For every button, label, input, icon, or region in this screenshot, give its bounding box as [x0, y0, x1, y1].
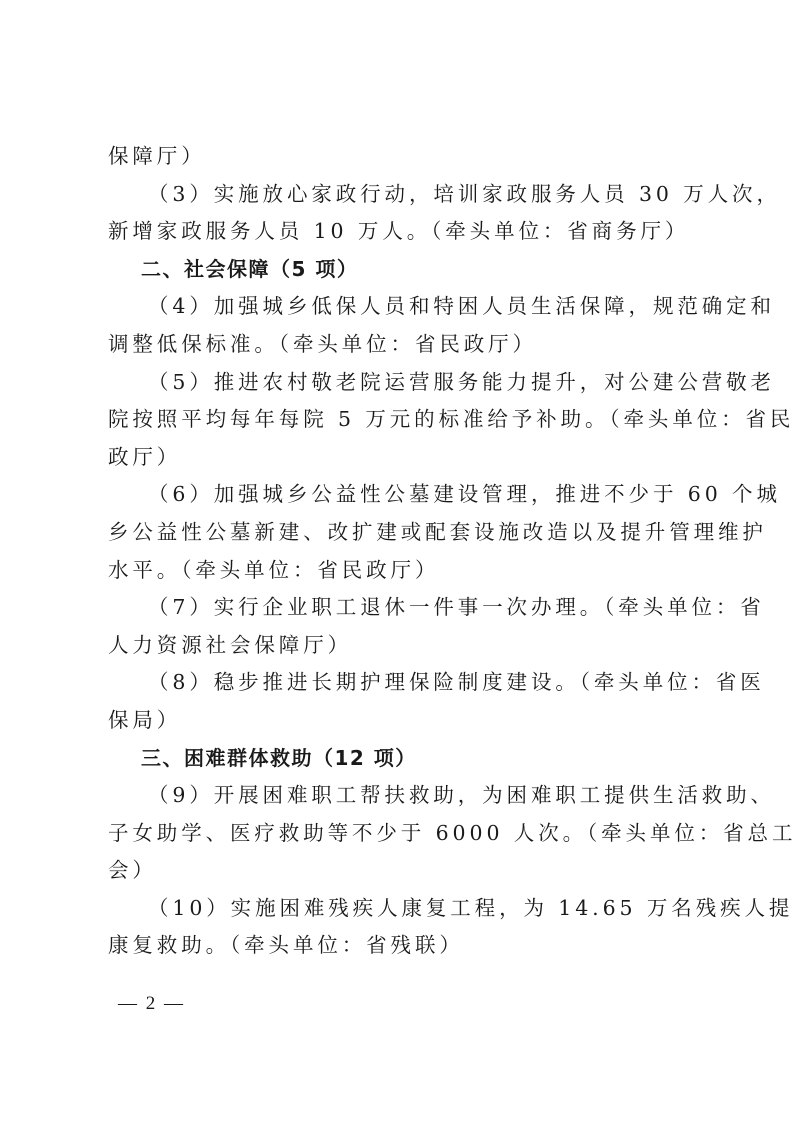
item-10-line-1: （10）实施困难残疾人康复工程，为 14.65 万名残疾人提供: [108, 890, 692, 928]
item-5-line-1: （5）推进农村敬老院运营服务能力提升，对公建公营敬老: [108, 364, 692, 402]
item-7-line-1: （7）实行企业职工退休一件事一次办理。（牵头单位：省: [108, 589, 692, 627]
item-9-line-1: （9）开展困难职工帮扶救助，为困难职工提供生活救助、: [108, 777, 692, 815]
item-8-line-1: （8）稳步推进长期护理保险制度建设。（牵头单位：省医: [108, 664, 692, 702]
item-6-line-2: 乡公益性公墓新建、改扩建或配套设施改造以及提升管理维护: [108, 514, 692, 552]
item-8-line-2: 保局）: [108, 702, 692, 740]
item-10-line-2: 康复救助。（牵头单位：省残联）: [108, 927, 692, 965]
item-9-line-2: 子女助学、医疗救助等不少于 6000 人次。（牵头单位：省总工: [108, 815, 692, 853]
section-heading-assistance: 三、困难群体救助（12 项）: [108, 740, 692, 778]
item-6-line-1: （6）加强城乡公益性公墓建设管理，推进不少于 60 个城: [108, 476, 692, 514]
item-6-line-3: 水平。（牵头单位：省民政厅）: [108, 552, 692, 590]
item-4-line-1: （4）加强城乡低保人员和特困人员生活保障，规范确定和: [108, 288, 692, 326]
item-3-line-2: 新增家政服务人员 10 万人。（牵头单位：省商务厅）: [108, 213, 692, 251]
page-number: — 2 —: [118, 993, 185, 1015]
item-7-line-2: 人力资源社会保障厅）: [108, 627, 692, 665]
item-9-line-3: 会）: [108, 852, 692, 890]
item-3-line-1: （3）实施放心家政行动，培训家政服务人员 30 万人次，: [108, 176, 692, 214]
document-page: 保障厅） （3）实施放心家政行动，培训家政服务人员 30 万人次， 新增家政服务…: [0, 0, 793, 1122]
item-4-line-2: 调整低保标准。（牵头单位：省民政厅）: [108, 326, 692, 364]
item-5-line-3: 政厅）: [108, 439, 692, 477]
document-body: 保障厅） （3）实施放心家政行动，培训家政服务人员 30 万人次， 新增家政服务…: [108, 138, 692, 965]
item-5-line-2: 院按照平均每年每院 5 万元的标准给予补助。（牵头单位：省民: [108, 401, 692, 439]
section-heading-social-security: 二、社会保障（5 项）: [108, 251, 692, 289]
text-line-continuation: 保障厅）: [108, 138, 692, 176]
